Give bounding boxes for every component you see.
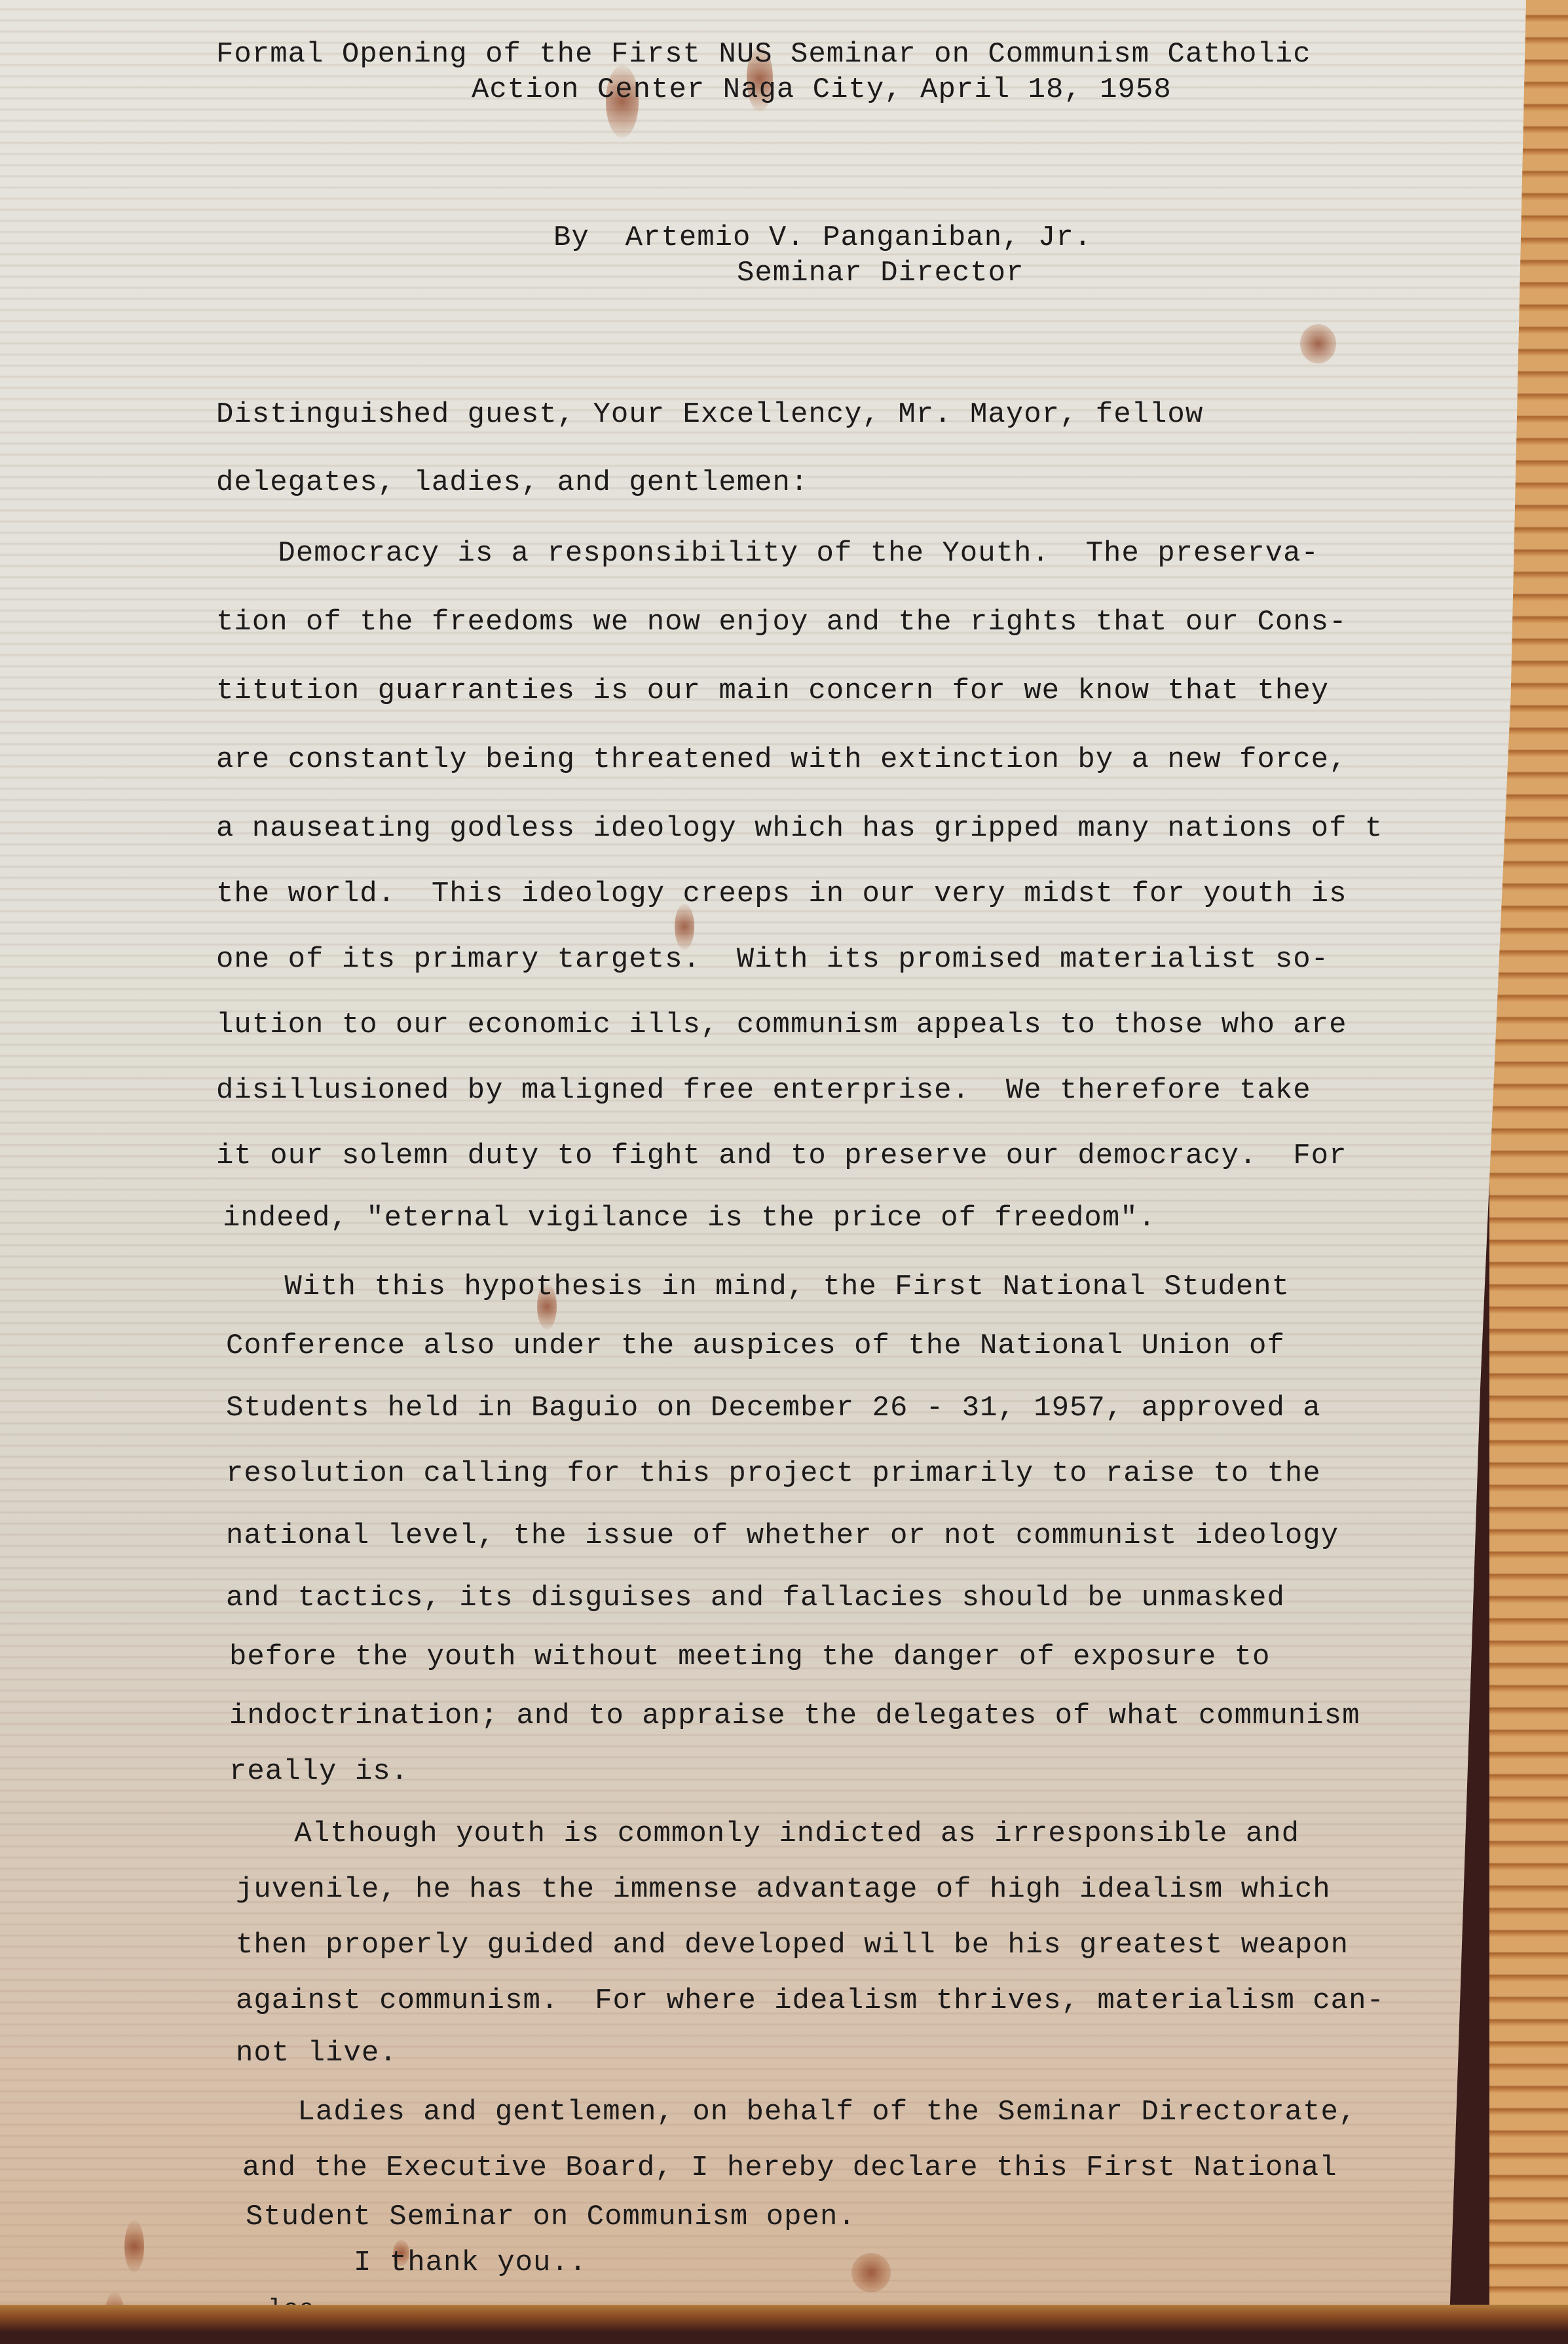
paragraph-2-line: Students held in Baguio on December 26 -… bbox=[226, 1392, 1321, 1424]
byline: By Artemio V. Panganiban, Jr. bbox=[553, 221, 1092, 254]
salutation-line-1: Distinguished guest, Your Excellency, Mr… bbox=[216, 398, 1203, 431]
paragraph-1-line: the world. This ideology creeps in our v… bbox=[216, 878, 1347, 910]
paragraph-3-line: juvenile, he has the immense advantage o… bbox=[236, 1873, 1331, 1906]
typed-document: Formal Opening of the First NUS Seminar … bbox=[0, 0, 1526, 2312]
paragraph-4-line: Student Seminar on Communism open. bbox=[246, 2201, 856, 2233]
title-line-2: Action Center Naga City, April 18, 1958 bbox=[472, 73, 1172, 106]
title-line-1: Formal Opening of the First NUS Seminar … bbox=[216, 38, 1311, 71]
paragraph-1-line: it our solemn duty to fight and to prese… bbox=[216, 1140, 1347, 1172]
paragraph-2-line: before the youth without meeting the dan… bbox=[229, 1641, 1270, 1673]
paragraph-3-line: not live. bbox=[236, 2037, 398, 2070]
paragraph-1-line: indeed, "eternal vigilance is the price … bbox=[223, 1202, 1156, 1235]
paragraph-2-line: indoctrination; and to appraise the dele… bbox=[229, 1700, 1360, 1732]
paragraph-1-line: lution to our economic ills, communism a… bbox=[216, 1009, 1347, 1041]
author-role: Seminar Director bbox=[737, 257, 1024, 289]
closing-line: I thank you.. bbox=[354, 2246, 587, 2279]
salutation-line-2: delegates, ladies, and gentlemen: bbox=[216, 466, 808, 499]
paragraph-1-line: Democracy is a responsibility of the You… bbox=[170, 537, 1319, 570]
frame-bottom-edge bbox=[0, 2305, 1568, 2344]
paragraph-3-line: against communism. For where idealism th… bbox=[236, 1984, 1385, 2017]
paragraph-1-line: disillusioned by maligned free enterpris… bbox=[216, 1074, 1311, 1107]
paragraph-1-line: one of its primary targets. With its pro… bbox=[216, 943, 1329, 976]
paragraph-3-line: then properly guided and developed will … bbox=[236, 1929, 1349, 1962]
paragraph-1-line: titution guarranties is our main concern… bbox=[216, 675, 1329, 707]
paragraph-2-line: resolution calling for this project prim… bbox=[226, 1457, 1321, 1490]
paragraph-1-line: a nauseating godless ideology which has … bbox=[216, 812, 1383, 845]
paragraph-2-line: really is. bbox=[229, 1755, 409, 1788]
paragraph-1-line: are constantly being threatened with ext… bbox=[216, 743, 1347, 776]
paragraph-2-line: Conference also under the auspices of th… bbox=[226, 1330, 1285, 1362]
paragraph-3-line: Although youth is commonly indicted as i… bbox=[187, 1817, 1299, 1850]
paragraph-1-line: tion of the freedoms we now enjoy and th… bbox=[216, 606, 1347, 639]
paragraph-2-line: With this hypothesis in mind, the First … bbox=[177, 1271, 1290, 1303]
paragraph-4-line: and the Executive Board, I hereby declar… bbox=[242, 2151, 1337, 2184]
paragraph-2-line: and tactics, its disguises and fallacies… bbox=[226, 1582, 1285, 1614]
paragraph-2-line: national level, the issue of whether or … bbox=[226, 1519, 1339, 1552]
paragraph-4-line: Ladies and gentlemen, on behalf of the S… bbox=[190, 2096, 1356, 2129]
